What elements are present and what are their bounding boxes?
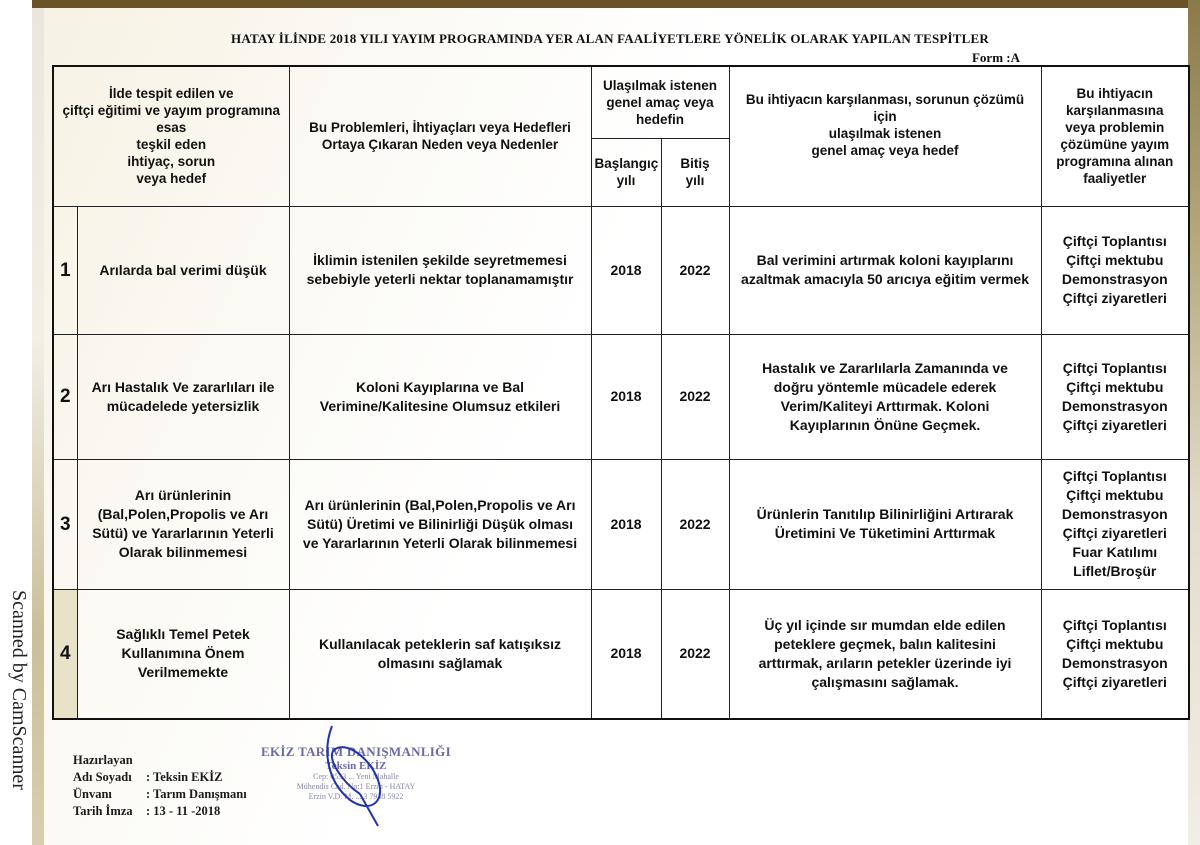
header-activities: Bu ihtiyacınkarşılanmasınaveya problemin…: [1041, 66, 1189, 206]
text-line: sebebiyle yeterli nektar toplanamamıştır: [293, 270, 588, 289]
cell-need: Arı ürünlerinin(Bal,Polen,Propolis ve Ar…: [77, 459, 289, 589]
text-line: yılı: [665, 172, 726, 189]
cell-need: Sağlıklı Temel PetekKullanımına ÖnemVeri…: [77, 589, 289, 719]
header-start-year: Başlangıçyılı: [591, 138, 661, 206]
text-line: Ürünlerin Tanıtılıp Bilinirliğini Artıra…: [733, 505, 1038, 524]
text-line: azaltmak amacıyla 50 arıcıya eğitim verm…: [733, 270, 1038, 289]
header-end-year: Bitişyılı: [661, 138, 729, 206]
cell-activities: Çiftçi ToplantısıÇiftçi mektubuDemonstra…: [1041, 334, 1189, 459]
text-line: karşılanmasına: [1045, 102, 1186, 119]
name-label: Adı Soyadı: [73, 769, 146, 786]
text-line: Sütü) ve Yararlarının Yeterli: [81, 524, 286, 543]
text-line: doğru yöntemle mücadele ederek: [733, 378, 1038, 397]
text-line: Demonstrasyon: [1045, 654, 1186, 673]
document-title: HATAY İLİNDE 2018 YILI YAYIM PROGRAMINDA…: [200, 31, 1020, 47]
text-line: Çiftçi mektubu: [1045, 486, 1186, 505]
text-line: Çiftçi mektubu: [1045, 251, 1186, 270]
cell-activities: Çiftçi ToplantısıÇiftçi mektubuDemonstra…: [1041, 206, 1189, 334]
text-line: için: [733, 108, 1038, 125]
text-line: olmasını sağlamak: [293, 654, 588, 673]
cell-cause: Koloni Kayıplarına ve BalVerimine/Kalite…: [289, 334, 591, 459]
cell-need: Arılarda bal verimi düşük: [77, 206, 289, 334]
text-line: peteklere geçmek, balın kalitesini: [733, 635, 1038, 654]
header-goal: Bu ihtiyacın karşılanması, sorunun çözüm…: [729, 66, 1041, 206]
text-line: Bu ihtiyacın: [1045, 85, 1186, 102]
text-line: Sağlıklı Temel Petek: [81, 625, 286, 644]
cell-cause: Arı ürünlerinin (Bal,Polen,Propolis ve A…: [289, 459, 591, 589]
text-line: faaliyetler: [1045, 170, 1186, 187]
text-line: Arı ürünlerinin (Bal,Polen,Propolis ve A…: [293, 496, 588, 515]
text-line: ve Yararlarının Yeterli Olarak bilinmeme…: [293, 534, 588, 553]
cell-activities: Çiftçi ToplantısıÇiftçi mektubuDemonstra…: [1041, 459, 1189, 589]
text-line: Ulaşılmak istenen: [595, 77, 726, 94]
text-line: Demonstrasyon: [1045, 397, 1186, 416]
text-line: Çiftçi ziyaretleri: [1045, 289, 1186, 308]
text-line: teşkil eden: [57, 136, 286, 153]
text-line: veya problemin: [1045, 119, 1186, 136]
cell-cause: Kullanılacak peteklerin saf katışıksızol…: [289, 589, 591, 719]
text-line: programına alınan: [1045, 153, 1186, 170]
text-line: Arı Hastalık Ve zararlıları ile: [81, 378, 286, 397]
text-line: İklimin istenilen şekilde seyretmemesi: [293, 251, 588, 270]
text-line: Verilmemekte: [81, 663, 286, 682]
table-row: 3Arı ürünlerinin(Bal,Polen,Propolis ve A…: [53, 459, 1189, 589]
cell-goal: Hastalık ve Zararlılarla Zamanında vedoğ…: [729, 334, 1041, 459]
cell-end-year: 2022: [661, 589, 729, 719]
text-line: Bu ihtiyacın karşılanması, sorunun çözüm…: [733, 91, 1038, 108]
text-line: genel amaç veya hedef: [733, 142, 1038, 159]
text-line: İlde tespit edilen ve: [57, 85, 286, 102]
title-value: : Tarım Danışmanı: [146, 786, 247, 803]
row-number: 3: [53, 459, 77, 589]
text-line: Kayıplarının Önüne Geçmek.: [733, 416, 1038, 435]
text-line: (Bal,Polen,Propolis ve Arı: [81, 505, 286, 524]
text-line: Çiftçi mektubu: [1045, 635, 1186, 654]
form-label: Form :A: [960, 50, 1020, 66]
text-line: genel amaç veya: [595, 94, 726, 111]
text-line: Çiftçi Toplantısı: [1045, 467, 1186, 486]
text-line: çözümüne yayım: [1045, 136, 1186, 153]
cell-start-year: 2018: [591, 589, 661, 719]
text-line: Koloni Kayıplarına ve Bal: [293, 378, 588, 397]
text-line: Ortaya Çıkaran Neden veya Nedenler: [293, 136, 588, 153]
cell-goal: Ürünlerin Tanıtılıp Bilinirliğini Artıra…: [729, 459, 1041, 589]
text-line: Bal verimini artırmak koloni kayıplarını: [733, 251, 1038, 270]
row-number: 2: [53, 334, 77, 459]
cell-activities: Çiftçi ToplantısıÇiftçi mektubuDemonstra…: [1041, 589, 1189, 719]
text-line: Çiftçi ziyaretleri: [1045, 524, 1186, 543]
text-line: Liflet/Broşür: [1045, 562, 1186, 581]
header-cause: Bu Problemleri, İhtiyaçları veya Hedefle…: [289, 66, 591, 206]
date-value: : 13 - 11 -2018: [146, 803, 220, 820]
text-line: yılı: [595, 172, 658, 189]
text-line: Çiftçi ziyaretleri: [1045, 416, 1186, 435]
title-label: Ünvanı: [73, 786, 146, 803]
cell-cause: İklimin istenilen şekilde seyretmemesise…: [289, 206, 591, 334]
text-line: çalışmasını sağlamak.: [733, 673, 1038, 692]
cell-need: Arı Hastalık Ve zararlıları ilemücadeled…: [77, 334, 289, 459]
text-line: Hastalık ve Zararlılarla Zamanında ve: [733, 359, 1038, 378]
table-row: 2Arı Hastalık Ve zararlıları ilemücadele…: [53, 334, 1189, 459]
header-goal-period: Ulaşılmak istenengenel amaç veyahedefin: [591, 66, 729, 138]
cell-end-year: 2022: [661, 206, 729, 334]
text-line: Kullanımına Önem: [81, 644, 286, 663]
cell-end-year: 2022: [661, 459, 729, 589]
text-line: Arı ürünlerinin: [81, 486, 286, 505]
header-need: İlde tespit edilen veçiftçi eğitimi ve y…: [53, 66, 289, 206]
cell-start-year: 2018: [591, 459, 661, 589]
scan-border-top: [32, 0, 1200, 8]
scanner-watermark: Scanned by CamScanner: [4, 590, 30, 800]
text-line: esas: [57, 119, 286, 136]
text-line: Demonstrasyon: [1045, 505, 1186, 524]
text-line: ulaşılmak istenen: [733, 125, 1038, 142]
text-line: arttırmak, arıların petekler üzerinde iy…: [733, 654, 1038, 673]
text-line: Başlangıç: [595, 155, 658, 172]
text-line: veya hedef: [57, 170, 286, 187]
text-line: Bu Problemleri, İhtiyaçları veya Hedefle…: [293, 119, 588, 136]
text-line: Üretimini Ve Tüketimini Arttırmak: [733, 524, 1038, 543]
row-number: 1: [53, 206, 77, 334]
cell-start-year: 2018: [591, 206, 661, 334]
findings-table: İlde tespit edilen veçiftçi eğitimi ve y…: [52, 65, 1190, 720]
text-line: Verimine/Kalitesine Olumsuz etkileri: [293, 397, 588, 416]
text-line: Çiftçi Toplantısı: [1045, 232, 1186, 251]
signature-icon: [320, 722, 390, 832]
table-row: 4Sağlıklı Temel PetekKullanımına ÖnemVer…: [53, 589, 1189, 719]
text-line: Çiftçi mektubu: [1045, 378, 1186, 397]
text-line: Olarak bilinmemesi: [81, 543, 286, 562]
text-line: Demonstrasyon: [1045, 270, 1186, 289]
text-line: Çiftçi Toplantısı: [1045, 359, 1186, 378]
cell-goal: Üç yıl içinde sır mumdan elde edilenpete…: [729, 589, 1041, 719]
date-label: Tarih İmza: [73, 803, 146, 820]
prepared-by-label: Hazırlayan: [73, 752, 247, 769]
signoff-block: Hazırlayan Adı Soyadı: Teksin EKİZ Ünvan…: [73, 752, 247, 820]
text-line: Bitiş: [665, 155, 726, 172]
name-value: : Teksin EKİZ: [146, 769, 222, 786]
text-line: Çiftçi ziyaretleri: [1045, 673, 1186, 692]
text-line: mücadelede yetersizlik: [81, 397, 286, 416]
table-row: 1Arılarda bal verimi düşükİklimin isteni…: [53, 206, 1189, 334]
text-line: Çiftçi Toplantısı: [1045, 616, 1186, 635]
text-line: çiftçi eğitimi ve yayım programına: [57, 102, 286, 119]
cell-goal: Bal verimini artırmak koloni kayıplarını…: [729, 206, 1041, 334]
text-line: Arılarda bal verimi düşük: [81, 261, 286, 280]
cell-start-year: 2018: [591, 334, 661, 459]
text-line: Kullanılacak peteklerin saf katışıksız: [293, 635, 588, 654]
text-line: hedefin: [595, 111, 726, 128]
text-line: Fuar Katılımı: [1045, 543, 1186, 562]
row-number: 4: [53, 589, 77, 719]
text-line: ihtiyaç, sorun: [57, 153, 286, 170]
text-line: Verim/Kaliteyi Arttırmak. Koloni: [733, 397, 1038, 416]
text-line: Üç yıl içinde sır mumdan elde edilen: [733, 616, 1038, 635]
text-line: Sütü) Üretimi ve Bilinirliği Düşük olmas…: [293, 515, 588, 534]
cell-end-year: 2022: [661, 334, 729, 459]
